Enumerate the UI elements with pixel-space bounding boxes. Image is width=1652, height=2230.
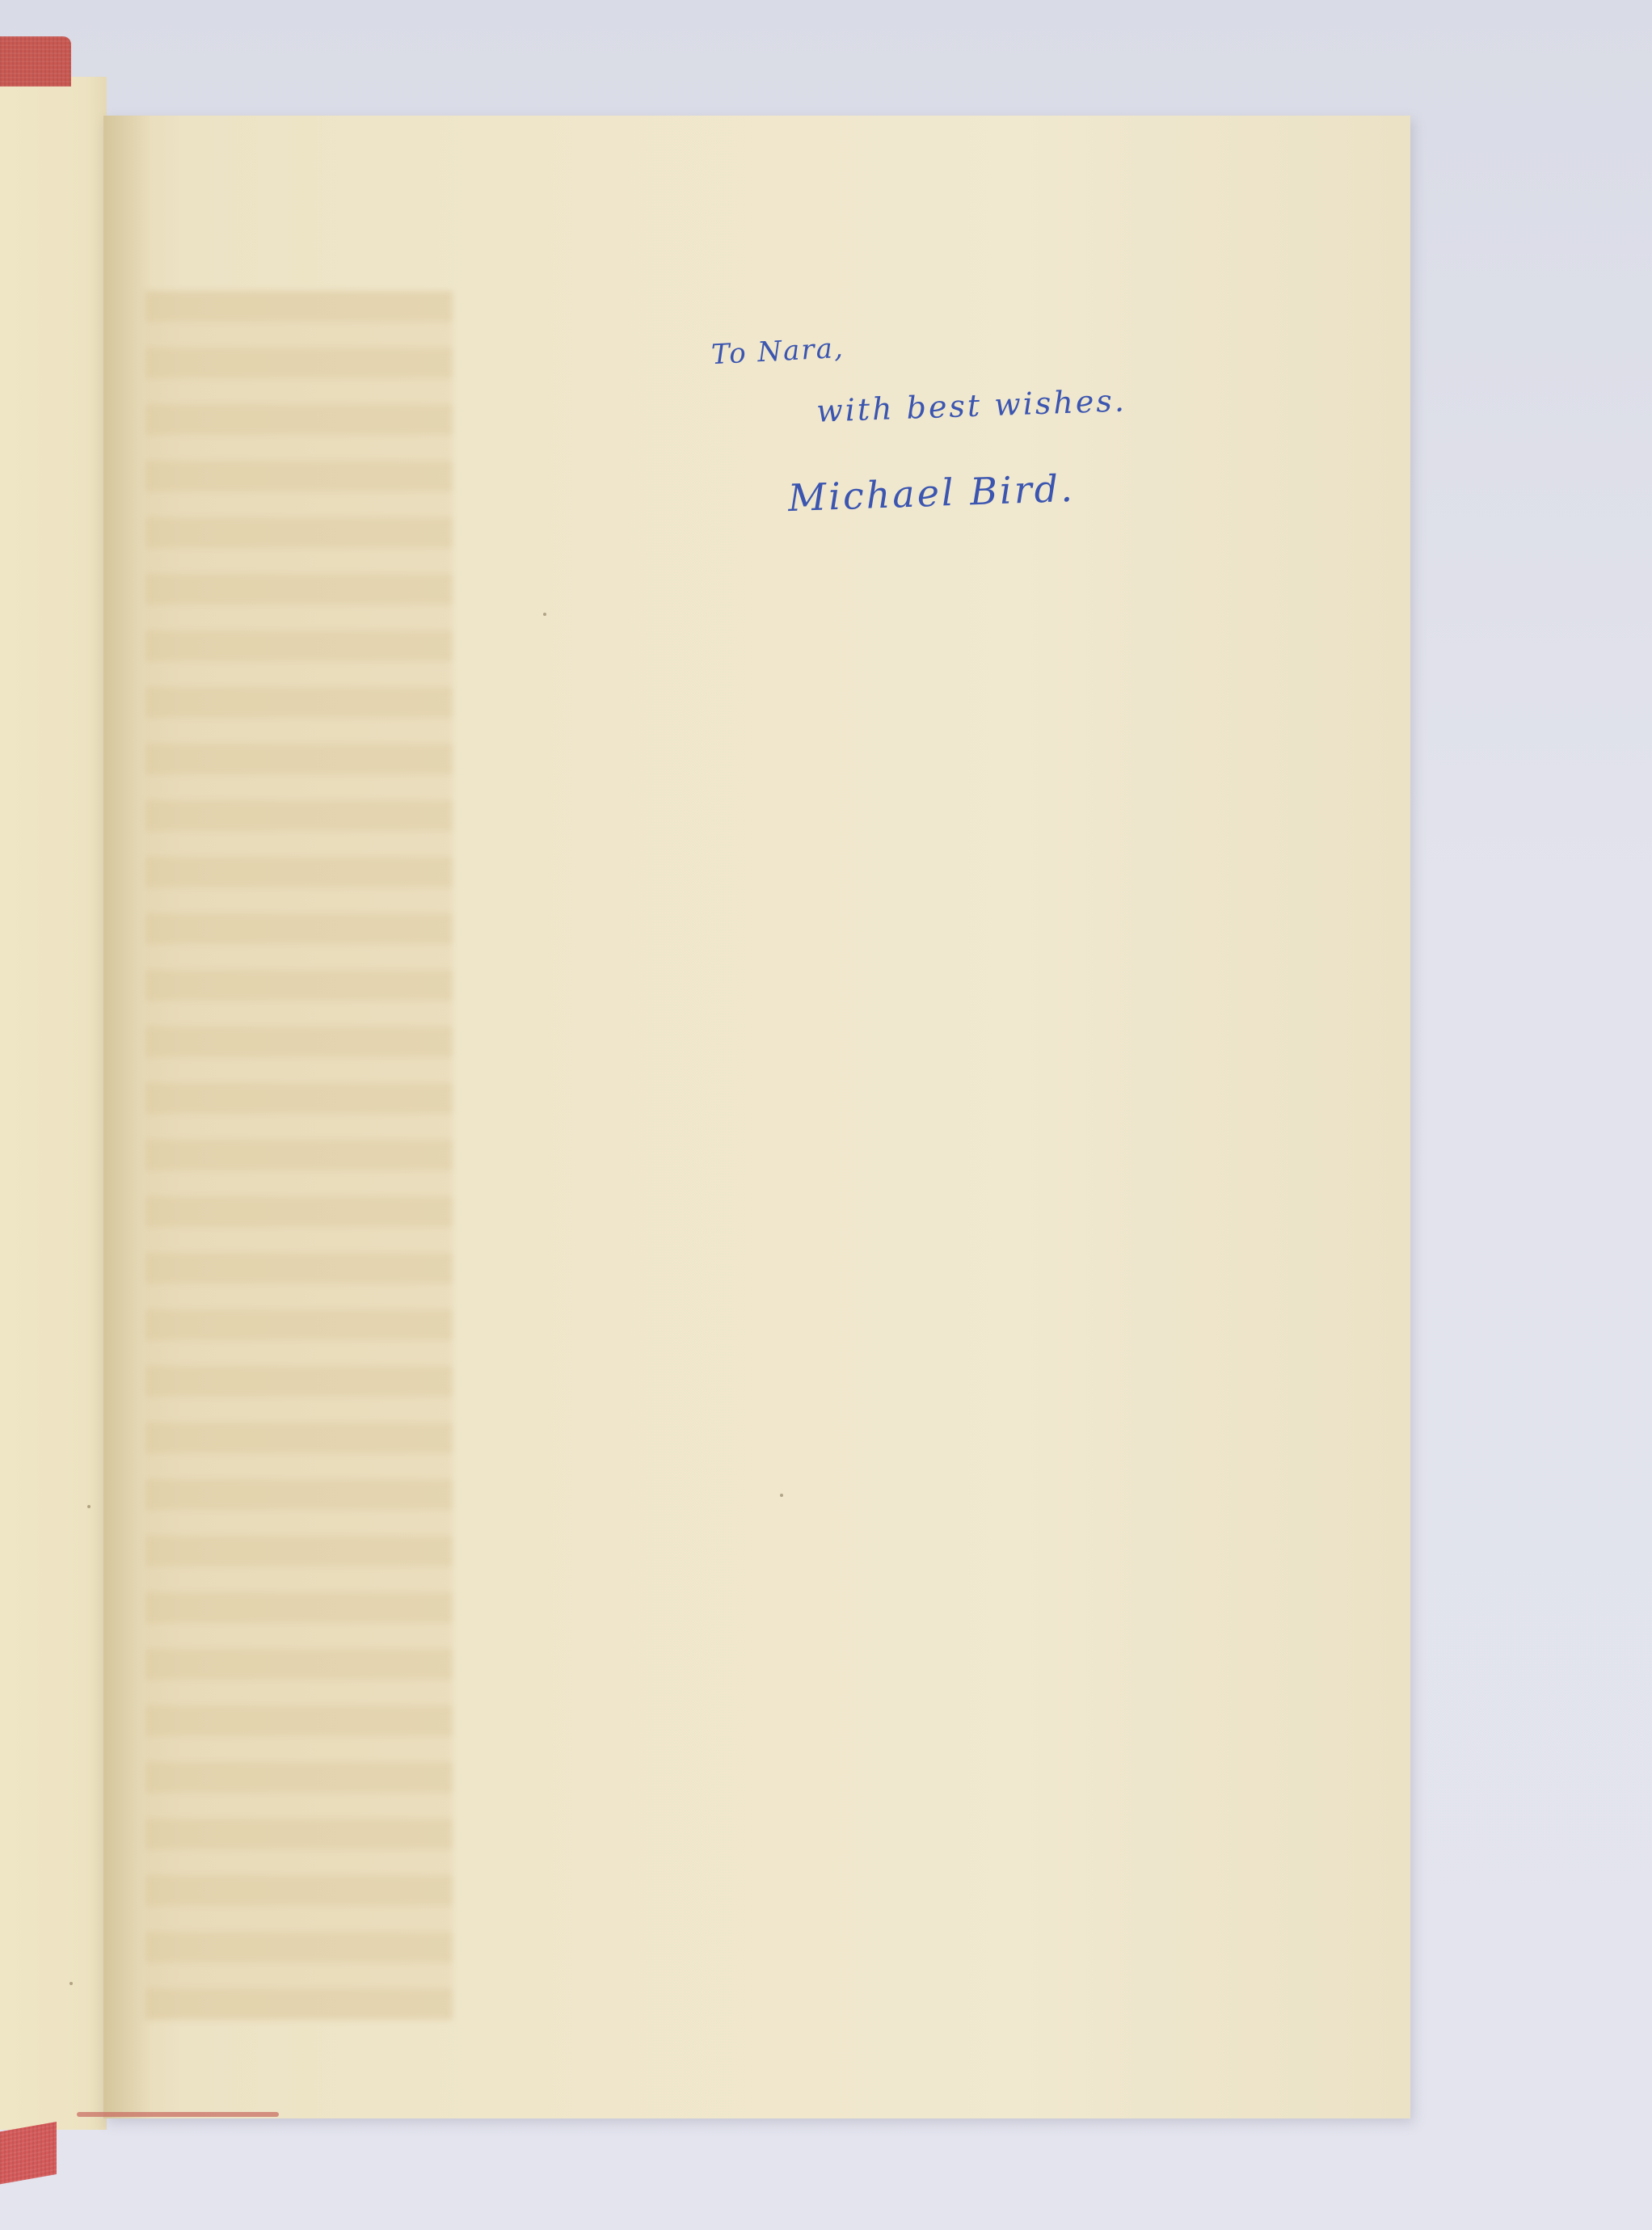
gutter-shadow [103, 116, 152, 2118]
inscription-greeting: To Nara, [710, 332, 845, 372]
red-cloth-cover-top-corner [0, 36, 71, 86]
paper-speck [780, 1494, 783, 1497]
paper-speck [87, 1505, 91, 1508]
cover-edge-strip [77, 2112, 279, 2117]
inscription-signature: Michael Bird. [787, 466, 1075, 520]
flyleaf [0, 77, 107, 2130]
paper-speck [543, 613, 546, 616]
handwritten-inscription: To Nara, with best wishes. Michael Bird. [703, 335, 1156, 537]
paper-speck [70, 1982, 73, 1985]
text-show-through [145, 291, 453, 2021]
inscription-message: with best wishes. [815, 382, 1127, 428]
red-cloth-cover-bottom-corner [0, 2122, 57, 2184]
